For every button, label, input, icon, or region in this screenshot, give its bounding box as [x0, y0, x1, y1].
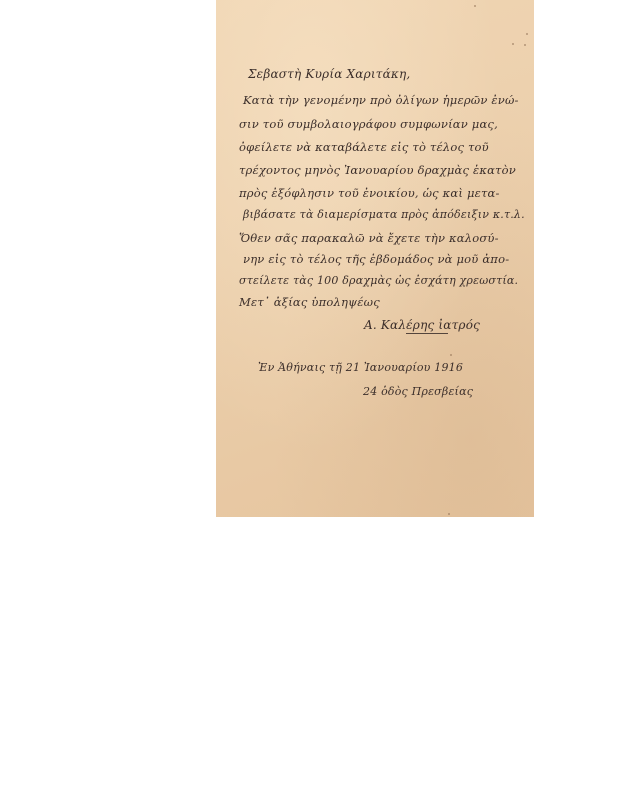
- letter-body-line: Μετ᾽ ἀξίας ὑποληψέως: [239, 295, 380, 309]
- letter-body-line: σιν τοῦ συμβολαιογράφου συμφωνίαν μας,: [239, 117, 498, 131]
- letter-date-line: Ἐν Ἀθήναις τῇ 21 Ἰανουαρίου 1916: [258, 361, 463, 374]
- paper-speck: [450, 354, 452, 356]
- letter-body-line: βιβάσατε τὰ διαμερίσματα πρὸς ἀπόδειξιν …: [243, 208, 525, 221]
- scanned-letter: Σεβαστὴ Κυρία Χαριτάκη, Κατὰ τὴν γενομέν…: [216, 0, 534, 517]
- letter-body-line: τρέχοντος μηνὸς Ἰανουαρίου δραχμὰς ἑκατὸ…: [239, 163, 516, 177]
- paper-speck: [474, 5, 476, 7]
- paper-speck: [448, 513, 450, 515]
- paper-speck: [524, 44, 526, 46]
- letter-body-line: πρὸς ἐξόφλησιν τοῦ ἐνοικίου, ὡς καὶ μετα…: [239, 186, 500, 200]
- page: Σεβαστὴ Κυρία Χαριτάκη, Κατὰ τὴν γενομέν…: [0, 0, 618, 800]
- paper-speck: [512, 43, 514, 45]
- letter-body-line: Ὅθεν σᾶς παρακαλῶ νὰ ἔχετε τὴν καλοσύ-: [239, 231, 499, 245]
- letter-address-line: 24 ὁδὸς Πρεσβείας: [363, 385, 473, 398]
- letter-body-line: στείλετε τὰς 100 δραχμὰς ὡς ἐσχάτη χρεωσ…: [239, 274, 518, 287]
- letter-body-line: νην εἰς τὸ τέλος τῆς ἑβδομάδος νὰ μοῦ ἀπ…: [243, 252, 509, 266]
- letter-body-line: Κατὰ τὴν γενομένην πρὸ ὀλίγων ἡμερῶν ἐνώ…: [243, 93, 519, 107]
- letter-body-line: ὀφείλετε νὰ καταβάλετε εἰς τὸ τέλος τοῦ: [239, 140, 489, 154]
- letter-signature: Α. Καλέρης ἰατρός: [364, 318, 480, 332]
- paper-speck: [526, 33, 528, 35]
- letter-salutation: Σεβαστὴ Κυρία Χαριτάκη,: [248, 67, 410, 81]
- signature-underline: [406, 333, 448, 334]
